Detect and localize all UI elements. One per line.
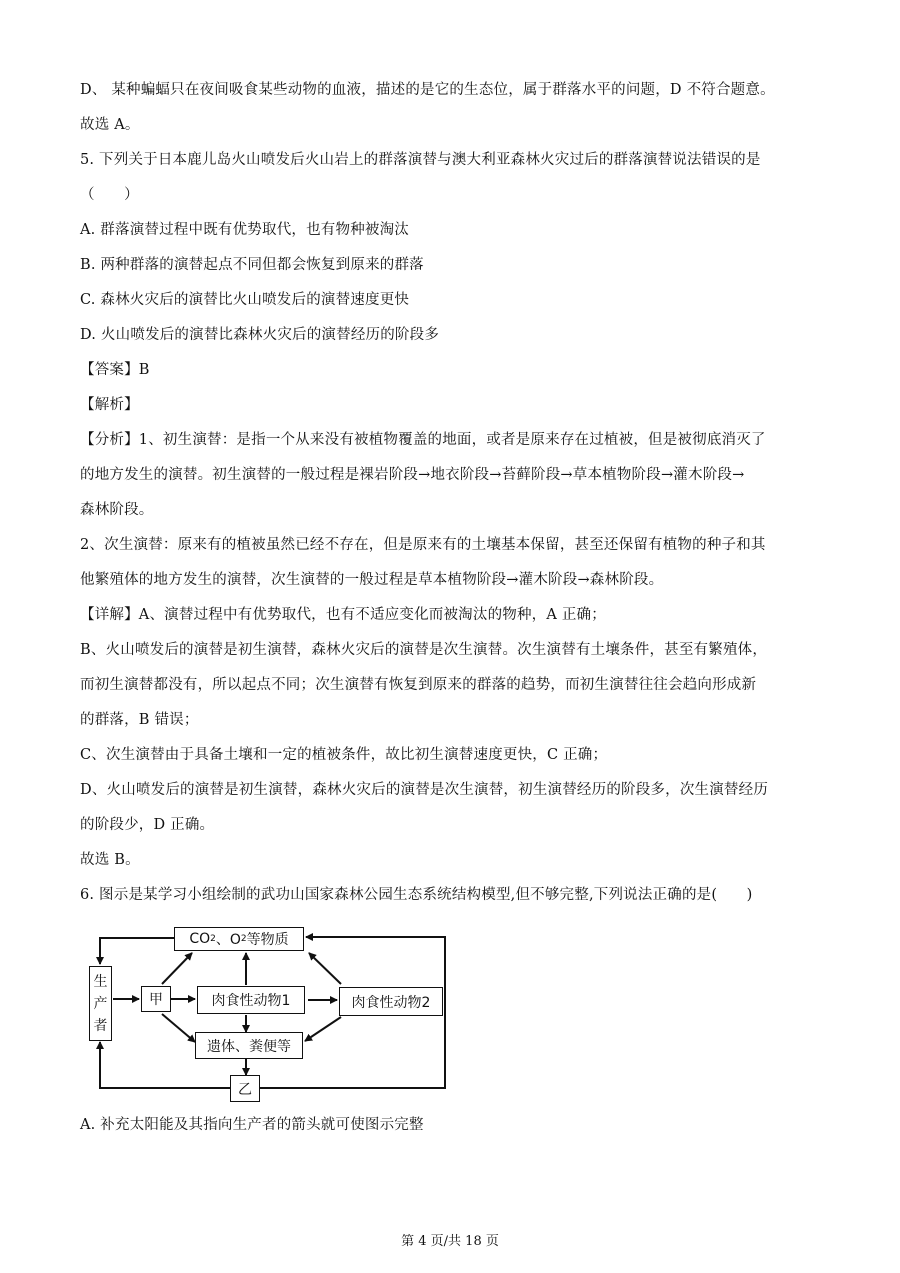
substances-label: 等物质 <box>247 929 289 949</box>
q5-choice: 故选 B。 <box>80 850 140 870</box>
q5-answer: 【答案】B <box>80 360 150 380</box>
remains-label: 遗体、粪便等 <box>207 1036 291 1056</box>
o2-label: 、O <box>216 929 241 949</box>
q5-detail-d2: 的阶段少，D 正确。 <box>80 815 214 835</box>
jia-label: 甲 <box>149 989 163 1009</box>
carnivore-1-box: 肉食性动物1 <box>197 986 305 1014</box>
q5-analysis-2a: 2、次生演替：原来有的植被虽然已经不存在，但是原来有的土壤基本保留，甚至还保留有… <box>80 535 766 555</box>
q5-option-d: D. 火山喷发后的演替比森林火灾后的演替经历的阶段多 <box>80 325 439 345</box>
q5-detail-b1: B、火山喷发后的演替是初生演替，森林火灾后的演替是次生演替。次生演替有土壤条件，… <box>80 640 767 660</box>
ecosystem-structure-diagram: CO2、O2 等物质 生 产 者 甲 肉食性动物1 肉食性动物2 遗体、粪便等 … <box>85 922 465 1107</box>
q6-stem: 6. 图示是某学习小组绘制的武功山国家森林公园生态系统结构模型,但不够完整,下列… <box>80 885 752 905</box>
producer-char: 产 <box>94 993 108 1015</box>
yi-label: 乙 <box>238 1079 252 1099</box>
jia-box: 甲 <box>141 986 171 1012</box>
carnivore-1-label: 肉食性动物1 <box>212 990 291 1010</box>
q5-option-b: B. 两种群落的演替起点不同但都会恢复到原来的群落 <box>80 255 424 275</box>
carnivore-2-box: 肉食性动物2 <box>339 987 443 1016</box>
q5-analysis-1b: 的地方发生的演替。初生演替的一般过程是裸岩阶段→地衣阶段→苔藓阶段→草本植物阶段… <box>80 465 744 485</box>
q5-analysis-2b: 他繁殖体的地方发生的演替，次生演替的一般过程是草本植物阶段→灌木阶段→森林阶段。 <box>80 570 663 590</box>
q5-stem: 5. 下列关于日本鹿儿岛火山喷发后火山岩上的群落演替与澳大利亚森林火灾过后的群落… <box>80 150 761 170</box>
producer-box: 生 产 者 <box>89 966 112 1041</box>
q5-detail-b3: 的群落，B 错误； <box>80 710 199 730</box>
q5-analysis-1c: 森林阶段。 <box>80 500 154 520</box>
q5-bracket: （ ） <box>80 185 139 205</box>
producer-char: 者 <box>94 1015 108 1037</box>
page-footer: 第 4 页/共 18 页 <box>0 1230 900 1249</box>
yi-box: 乙 <box>230 1075 260 1102</box>
q5-detail-a: 【详解】A、演替过程中有优势取代，也有不适应变化而被淘汰的物种，A 正确； <box>80 605 606 625</box>
co2-o2-box: CO2、O2 等物质 <box>174 927 304 951</box>
q4-d-explain: D、 某种蝙蝠只在夜间吸食某些动物的血液，描述的是它的生态位，属于群落水平的问题… <box>80 80 775 100</box>
q5-option-a: A. 群落演替过程中既有优势取代，也有物种被淘汰 <box>80 220 409 240</box>
q4-choice: 故选 A。 <box>80 115 140 135</box>
q5-analysis-1a: 【分析】1、初生演替：是指一个从来没有被植物覆盖的地面，或者是原来存在过植被，但… <box>80 430 766 450</box>
co2-label: CO <box>189 931 210 947</box>
q5-detail-d1: D、火山喷发后的演替是初生演替，森林火灾后的演替是次生演替，初生演替经历的阶段多… <box>80 780 768 800</box>
producer-char: 生 <box>94 971 108 993</box>
q5-option-c: C. 森林火灾后的演替比火山喷发后的演替速度更快 <box>80 290 409 310</box>
carnivore-2-label: 肉食性动物2 <box>352 992 431 1012</box>
q5-analysis-heading: 【解析】 <box>80 395 139 415</box>
remains-box: 遗体、粪便等 <box>195 1032 303 1059</box>
q5-detail-b2: 而初生演替都没有，所以起点不同；次生演替有恢复到原来的群落的趋势，而初生演替往往… <box>80 675 756 695</box>
q5-detail-c: C、次生演替由于具备土壤和一定的植被条件，故比初生演替速度更快，C 正确； <box>80 745 607 765</box>
q6-option-a: A. 补充太阳能及其指向生产者的箭头就可使图示完整 <box>80 1115 424 1135</box>
